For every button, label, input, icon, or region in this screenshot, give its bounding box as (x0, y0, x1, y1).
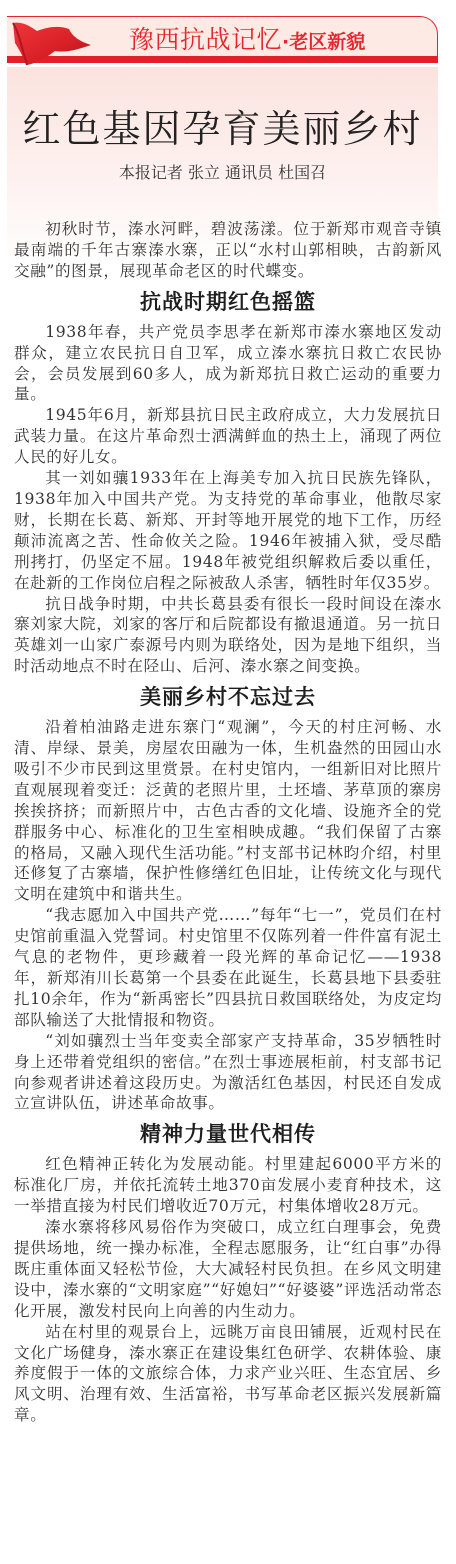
intro-paragraph: 初秋时节，溱水河畔，碧波荡漾。位于新郑市观音寺镇最南端的千年古寨溱水寨，正以“水… (14, 219, 442, 282)
paragraph: 1945年6月，新郑县抗日民主政府成立，大力发展抗日武装力量。在这片革命烈士洒满… (14, 405, 442, 468)
column-banner: 豫西抗战记忆·老区新貌 (7, 16, 438, 62)
section-heading: 精神力量世代相传 (14, 1121, 442, 1147)
section-heading: 美丽乡村不忘过去 (14, 684, 442, 710)
paragraph: 沿着柏油路走进东寨门“观澜”，今天的村庄河畅、水清、岸绿、景美，房屋农田融为一体… (14, 717, 442, 905)
paragraph: “刘如骧烈士当年变卖全部家产支持革命，35岁牺牲时身上还带着党组织的密信。”在烈… (14, 1031, 442, 1115)
paragraph: 抗日战争时期，中共长葛县委有很长一段时间设在溱水寨刘家大院，刘家的客厅和后院都设… (14, 594, 442, 678)
column-name: 豫西抗战记忆 (129, 25, 282, 54)
paragraph: 1938年春，共产党员李思孝在新郑市溱水寨地区发动群众，建立农民抗日自卫军，成立… (14, 322, 442, 406)
article-byline: 本报记者 张立 通讯员 杜国召 (7, 160, 438, 183)
article-body: 初秋时节，溱水河畔，碧波荡漾。位于新郑市观音寺镇最南端的千年古寨溱水寨，正以“水… (14, 219, 442, 1426)
paragraph: 溱水寨将移风易俗作为突破口，成立红白理事会，免费提供场地，统一操办标准，全程志愿… (14, 1217, 442, 1322)
column-title: 豫西抗战记忆·老区新貌 (129, 20, 365, 56)
article-headline: 红色基因孕育美丽乡村 (7, 98, 438, 153)
paragraph: 其一刘如骧1933年在上海美专加入抗日民族先锋队，1938年加入中国共产党。为支… (14, 468, 442, 593)
paragraph: “我志愿加入中国共产党……”每年“七一”，党员们在村史馆前重温入党誓词。村史馆里… (14, 905, 442, 1030)
paragraph: 站在村里的观景台上，远眺万亩良田铺展，近观村民在文化广场健身，溱水寨正在建设集红… (14, 1322, 442, 1427)
section-heading: 抗战时期红色摇篮 (14, 289, 442, 315)
column-subtitle: ·老区新貌 (282, 31, 365, 53)
red-flag-icon (9, 19, 93, 69)
paragraph: 红色精神正转化为发展动能。村里建起6000平方米的标准化厂房，并依托流转土地37… (14, 1154, 442, 1217)
